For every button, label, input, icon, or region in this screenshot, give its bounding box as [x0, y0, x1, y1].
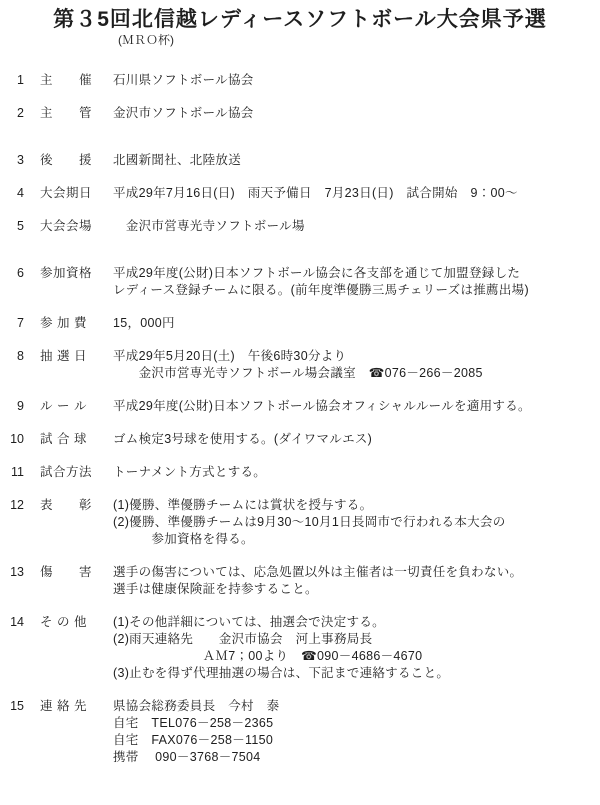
content-line: (1)その他詳細については、抽選会で決定する。: [113, 614, 600, 631]
item-label: 参加資格: [40, 265, 112, 282]
item-label: 傷 害: [40, 564, 112, 581]
item-content: 金沢市ソフトボール協会: [113, 105, 600, 122]
item-number: 7: [0, 315, 24, 332]
content-line: 平成29年5月20日(土) 午後6時30分より: [113, 348, 600, 365]
list-item: 8 抽 選 日 平成29年5月20日(土) 午後6時30分より 金沢市営専光寺ソ…: [0, 348, 600, 382]
item-content: 県協会総務委員長 今村 泰自宅 TEL076－258－2365自宅 FAX076…: [113, 698, 600, 766]
content-line: 石川県ソフトボール協会: [113, 72, 600, 89]
item-label: 主 管: [40, 105, 112, 122]
item-number: 14: [0, 614, 24, 631]
item-number: 4: [0, 185, 24, 202]
item-label: ル ー ル: [40, 398, 112, 415]
item-content: 北國新聞社、北陸放送: [113, 152, 600, 169]
item-label: 大会期日: [40, 185, 112, 202]
item-label: 抽 選 日: [40, 348, 112, 365]
content-line: (1)優勝、準優勝チームには賞状を授与する。: [113, 497, 600, 514]
item-number: 11: [0, 464, 24, 481]
item-number: 9: [0, 398, 24, 415]
item-content: (1)その他詳細については、抽選会で決定する。(2)雨天連絡先 金沢市協会 河上…: [113, 614, 600, 682]
item-content: 平成29年7月16日(日) 雨天予備日 7月23日(日) 試合開始 9：00～: [113, 185, 600, 202]
content-line: (2)優勝、準優勝チームは9月30～10月1日長岡市で行われる本大会の: [113, 514, 600, 531]
list-item: 6 参加資格 平成29年度(公財)日本ソフトボール協会に各支部を通じて加盟登録し…: [0, 265, 600, 299]
item-label: 試 合 球: [40, 431, 112, 448]
content-line: 平成29年度(公財)日本ソフトボール協会に各支部を通じて加盟登録した: [113, 265, 600, 282]
item-label: 連 絡 先: [40, 698, 112, 715]
content-line: 金沢市営専光寺ソフトボール場会議室 ☎076－266－2085: [113, 365, 600, 382]
content-line: ＡＭ7；00より ☎090－4686－4670: [113, 648, 600, 665]
item-number: 10: [0, 431, 24, 448]
item-number: 12: [0, 497, 24, 514]
item-label: 大会会場: [40, 218, 112, 235]
item-content: ゴム検定3号球を使用する。(ダイワマルエス): [113, 431, 600, 448]
list-item: 2 主 管 金沢市ソフトボール協会: [0, 105, 600, 122]
list-item: 12 表 彰 (1)優勝、準優勝チームには賞状を授与する。(2)優勝、準優勝チー…: [0, 497, 600, 548]
items-list: 1 主 催 石川県ソフトボール協会 2 主 管 金沢市ソフトボール協会 3 後 …: [0, 72, 600, 766]
item-number: 15: [0, 698, 24, 715]
content-line: (2)雨天連絡先 金沢市協会 河上事務局長: [113, 631, 600, 648]
item-number: 5: [0, 218, 24, 235]
list-item: 11 試合方法 トーナメント方式とする。: [0, 464, 600, 481]
item-number: 3: [0, 152, 24, 169]
item-number: 6: [0, 265, 24, 282]
content-line: 参加資格を得る。: [113, 531, 600, 548]
page-subtitle: (ＭＲＯ杯): [118, 33, 600, 48]
content-line: 自宅 TEL076－258－2365: [113, 715, 600, 732]
content-line: トーナメント方式とする。: [113, 464, 600, 481]
item-content: 平成29年度(公財)日本ソフトボール協会オフィシャルルールを適用する。: [113, 398, 600, 415]
item-content: 選手の傷害については、応急処置以外は主催者は一切責任を負わない。選手は健康保険証…: [113, 564, 600, 598]
list-item: 3 後 援 北國新聞社、北陸放送: [0, 152, 600, 169]
item-label: 試合方法: [40, 464, 112, 481]
content-line: 選手の傷害については、応急処置以外は主催者は一切責任を負わない。: [113, 564, 600, 581]
content-line: 自宅 FAX076－258－1150: [113, 732, 600, 749]
item-label: 表 彰: [40, 497, 112, 514]
item-content: トーナメント方式とする。: [113, 464, 600, 481]
list-item: 14 そ の 他 (1)その他詳細については、抽選会で決定する。(2)雨天連絡先…: [0, 614, 600, 682]
list-item: 10 試 合 球 ゴム検定3号球を使用する。(ダイワマルエス): [0, 431, 600, 448]
list-item: 9 ル ー ル 平成29年度(公財)日本ソフトボール協会オフィシャルルールを適用…: [0, 398, 600, 415]
item-content: 平成29年度(公財)日本ソフトボール協会に各支部を通じて加盟登録したレディース登…: [113, 265, 600, 299]
page-title: 第３5回北信越レディースソフトボール大会県予選: [0, 8, 600, 32]
item-label: 主 催: [40, 72, 112, 89]
item-number: 1: [0, 72, 24, 89]
content-line: 15，000円: [113, 315, 600, 332]
content-line: 金沢市ソフトボール協会: [113, 105, 600, 122]
item-number: 8: [0, 348, 24, 365]
content-line: (3)止むを得ず代理抽選の場合は、下記まで連絡すること。: [113, 665, 600, 682]
list-item: 5 大会会場 金沢市営専光寺ソフトボール場: [0, 218, 600, 235]
content-line: 平成29年7月16日(日) 雨天予備日 7月23日(日) 試合開始 9：00～: [113, 185, 600, 202]
content-line: ゴム検定3号球を使用する。(ダイワマルエス): [113, 431, 600, 448]
list-item: 15 連 絡 先 県協会総務委員長 今村 泰自宅 TEL076－258－2365…: [0, 698, 600, 766]
content-line: 選手は健康保険証を持参すること。: [113, 581, 600, 598]
item-number: 2: [0, 105, 24, 122]
item-number: 13: [0, 564, 24, 581]
content-line: 平成29年度(公財)日本ソフトボール協会オフィシャルルールを適用する。: [113, 398, 600, 415]
content-line: レディース登録チームに限る。(前年度準優勝三馬チェリーズは推薦出場): [113, 282, 600, 299]
item-content: 平成29年5月20日(土) 午後6時30分より 金沢市営専光寺ソフトボール場会議…: [113, 348, 600, 382]
item-content: (1)優勝、準優勝チームには賞状を授与する。(2)優勝、準優勝チームは9月30～…: [113, 497, 600, 548]
item-content: 15，000円: [113, 315, 600, 332]
item-label: そ の 他: [40, 614, 112, 631]
content-line: 金沢市営専光寺ソフトボール場: [113, 218, 600, 235]
document-page: 第３5回北信越レディースソフトボール大会県予選 (ＭＲＯ杯) 1 主 催 石川県…: [0, 0, 600, 805]
content-line: 県協会総務委員長 今村 泰: [113, 698, 600, 715]
content-line: 携帯 090－3768－7504: [113, 749, 600, 766]
list-item: 13 傷 害 選手の傷害については、応急処置以外は主催者は一切責任を負わない。選…: [0, 564, 600, 598]
item-content: 石川県ソフトボール協会: [113, 72, 600, 89]
list-item: 4 大会期日 平成29年7月16日(日) 雨天予備日 7月23日(日) 試合開始…: [0, 185, 600, 202]
item-label: 後 援: [40, 152, 112, 169]
content-line: 北國新聞社、北陸放送: [113, 152, 600, 169]
list-item: 1 主 催 石川県ソフトボール協会: [0, 72, 600, 89]
item-content: 金沢市営専光寺ソフトボール場: [113, 218, 600, 235]
item-label: 参 加 費: [40, 315, 112, 332]
list-item: 7 参 加 費 15，000円: [0, 315, 600, 332]
